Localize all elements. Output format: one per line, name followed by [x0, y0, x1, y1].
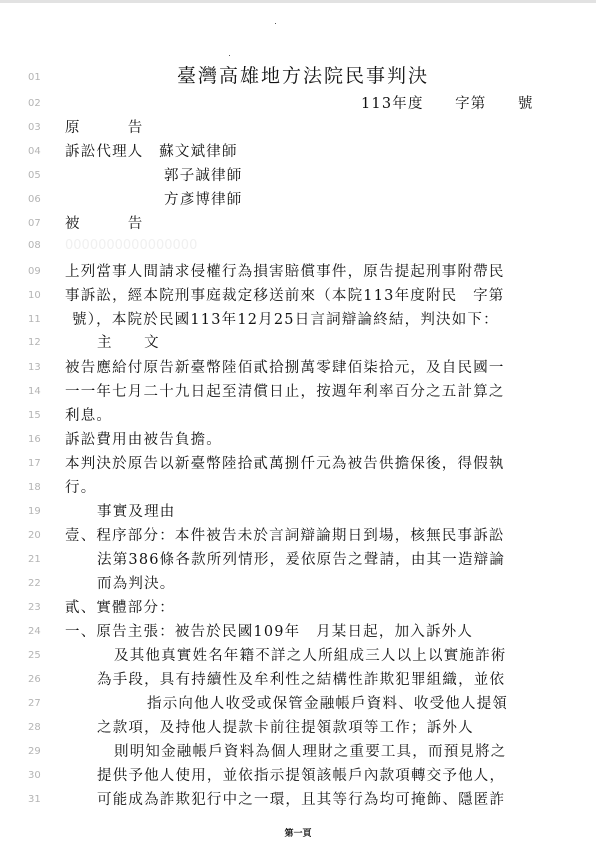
line-number: 07 [28, 218, 48, 229]
line-number: 20 [28, 530, 48, 541]
body-text: 之款項，及持他人提款卡前往提領款項等工作；訴外人 [97, 716, 474, 740]
line-28: 28 之款項，及持他人提款卡前往提領款項等工作；訴外人 [0, 716, 596, 740]
line-number: 18 [28, 482, 48, 493]
line-number: 22 [28, 578, 48, 589]
line-24: 24 一、原告主張：被告於民國109年 月某日起，加入訴外人 [0, 620, 596, 644]
line-27: 27 指示向他人收受或保管金融帳戶資料、收受他人提領 [0, 692, 596, 716]
line-15: 15 利息。 [0, 404, 596, 428]
line-17: 17 本判決於原告以新臺幣陸拾貳萬捌仟元為被告供擔保後，得假執 [0, 452, 596, 476]
line-number: 06 [28, 194, 48, 205]
stray-dot [229, 55, 230, 56]
body-text: 被告應給付原告新臺幣陸佰貳拾捌萬零肆佰柒拾元，及自民國一 [65, 356, 505, 380]
line-number: 09 [28, 266, 48, 277]
line-30: 30 提供予他人使用，並依指示提領該帳戶內款項轉交予他人， [0, 764, 596, 788]
line-number: 30 [28, 770, 48, 781]
line-01: 01 臺灣高雄地方法院民事判決 [0, 62, 596, 86]
page-footer: 第一頁 [0, 826, 596, 839]
body-text: 而為判決。 [97, 572, 176, 596]
body-text: 號），本院於民國113年12月25日言詞辯論終結，判決如下： [72, 308, 499, 332]
line-19: 19 事實及理由 [0, 500, 596, 524]
body-text: 則明知金融帳戶資料為個人理財之重要工具，而預見將之 [114, 740, 507, 764]
line-18: 18 行。 [0, 476, 596, 500]
line-13: 13 被告應給付原告新臺幣陸佰貳拾捌萬零肆佰柒拾元，及自民國一 [0, 356, 596, 380]
line-number: 04 [28, 146, 48, 157]
top-bar [0, 0, 596, 3]
body-text: 行。 [65, 476, 96, 500]
line-number: 25 [28, 650, 48, 661]
plaintiff-label: 原 告 [65, 116, 144, 140]
line-number: 12 [28, 337, 48, 348]
line-number: 19 [28, 506, 48, 517]
line-06: 06 方彥博律師 [0, 188, 596, 212]
case-number: 113年度 字第 號 [361, 92, 534, 116]
line-04: 04 訴訟代理人 蘇文斌律師 [0, 140, 596, 164]
body-text: 提供予他人使用，並依指示提領該帳戶內款項轉交予他人， [97, 764, 505, 788]
line-11: 11 號），本院於民國113年12月25日言詞辯論終結，判決如下： [0, 308, 596, 332]
redacted-text: 0000000000000000 [65, 234, 197, 258]
line-22: 22 而為判決。 [0, 572, 596, 596]
line-29: 29 則明知金融帳戶資料為個人理財之重要工具，而預見將之 [0, 740, 596, 764]
document-title: 臺灣高雄地方法院民事判決 [177, 64, 429, 88]
line-05: 05 郭子誠律師 [0, 164, 596, 188]
line-10: 10 事訴訟，經本院刑事庭裁定移送前來（本院113年度附民 字第 [0, 284, 596, 308]
line-23: 23 貳、實體部分： [0, 596, 596, 620]
body-text: 及其他真實姓名年籍不詳之人所組成三人以上以實施詐術 [114, 644, 507, 668]
line-number: 03 [28, 122, 48, 133]
line-number: 01 [28, 72, 48, 83]
body-text: 為手段，具有持續性及牟利性之結構性詐欺犯罪組織，並依 [97, 668, 505, 692]
line-number: 21 [28, 554, 48, 565]
body-text: 可能成為詐欺犯行中之一環，且其等行為均可掩飾、隱匿詐 [97, 788, 505, 812]
body-text: 貳、實體部分： [65, 596, 175, 620]
line-number: 23 [28, 602, 48, 613]
line-number: 13 [28, 362, 48, 373]
defendant-label: 被 告 [65, 212, 144, 236]
line-09: 09 上列當事人間請求侵權行為損害賠償事件，原告提起刑事附帶民 [0, 260, 596, 284]
body-text: 法第386條各款所列情形，爰依原告之聲請，由其一造辯論 [97, 548, 505, 572]
line-number: 31 [28, 794, 48, 805]
section-heading: 主 文 [97, 331, 160, 355]
line-number: 08 [28, 240, 48, 251]
line-14: 14 一一年七月二十九日起至清償日止，按週年利率百分之五計算之 [0, 380, 596, 404]
line-number: 14 [28, 386, 48, 397]
line-number: 02 [28, 98, 48, 109]
body-text: 壹、程序部分：本件被告未於言詞辯論期日到場，核無民事訴訟 [65, 524, 505, 548]
line-number: 26 [28, 674, 48, 685]
attorney-name: 方彥博律師 [164, 188, 243, 212]
line-26: 26 為手段，具有持續性及牟利性之結構性詐欺犯罪組織，並依 [0, 668, 596, 692]
line-02: 02 113年度 字第 號 [0, 92, 596, 116]
body-text: 一、原告主張：被告於民國109年 月某日起，加入訴外人 [65, 620, 473, 644]
line-25: 25 及其他真實姓名年籍不詳之人所組成三人以上以實施詐術 [0, 644, 596, 668]
line-21: 21 法第386條各款所列情形，爰依原告之聲請，由其一造辯論 [0, 548, 596, 572]
body-text: 訴訟費用由被告負擔。 [65, 428, 222, 452]
line-number: 29 [28, 746, 48, 757]
line-12: 12 主 文 [0, 331, 596, 355]
body-text: 上列當事人間請求侵權行為損害賠償事件，原告提起刑事附帶民 [65, 260, 505, 284]
attorney-name: 郭子誠律師 [164, 164, 243, 188]
line-07: 07 被 告 [0, 212, 596, 236]
body-text: 事訴訟，經本院刑事庭裁定移送前來（本院113年度附民 字第 [65, 284, 504, 308]
line-number: 11 [28, 314, 48, 325]
body-text: 指示向他人收受或保管金融帳戶資料、收受他人提領 [147, 692, 508, 716]
line-number: 10 [28, 290, 48, 301]
line-08: 08 0000000000000000 [0, 234, 596, 258]
section-heading: 事實及理由 [97, 500, 176, 524]
body-text: 本判決於原告以新臺幣陸拾貳萬捌仟元為被告供擔保後，得假執 [65, 452, 505, 476]
line-number: 15 [28, 410, 48, 421]
body-text: 利息。 [65, 404, 112, 428]
line-number: 27 [28, 698, 48, 709]
line-20: 20 壹、程序部分：本件被告未於言詞辯論期日到場，核無民事訴訟 [0, 524, 596, 548]
line-number: 16 [28, 434, 48, 445]
line-31: 31 可能成為詐欺犯行中之一環，且其等行為均可掩飾、隱匿詐 [0, 788, 596, 812]
line-16: 16 訴訟費用由被告負擔。 [0, 428, 596, 452]
attorney-line: 訴訟代理人 蘇文斌律師 [65, 140, 238, 164]
stray-dot [275, 23, 276, 24]
line-number: 05 [28, 170, 48, 181]
line-number: 17 [28, 458, 48, 469]
line-03: 03 原 告 [0, 116, 596, 140]
body-text: 一一年七月二十九日起至清償日止，按週年利率百分之五計算之 [65, 380, 505, 404]
line-number: 24 [28, 626, 48, 637]
line-number: 28 [28, 722, 48, 733]
